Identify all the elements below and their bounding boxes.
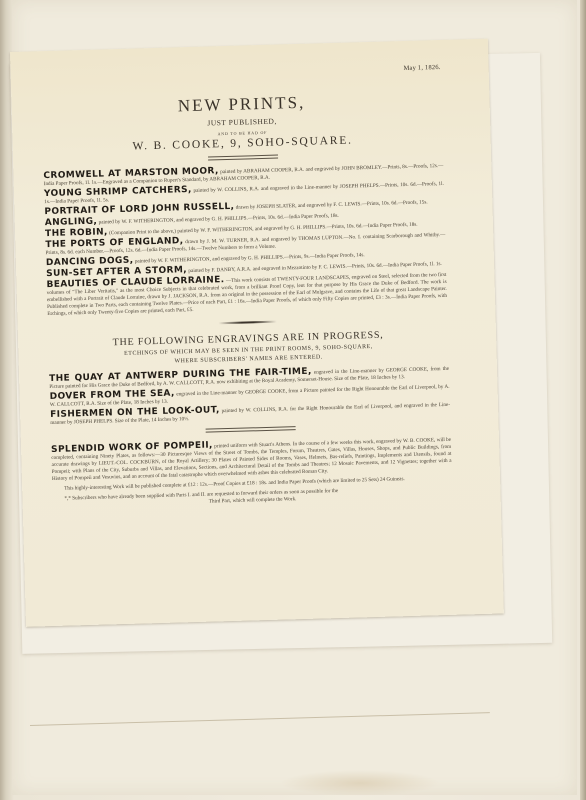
double-rule-divider	[208, 155, 278, 161]
published-prints-list: CROMWELL AT MARSTON MOOR, painted by ABR…	[43, 162, 447, 318]
print-description: drawn by JOSEPH SLATER, and engraved by …	[236, 199, 428, 210]
printed-broadside: May 1, 1826. NEW PRINTS, JUST PUBLISHED,…	[10, 39, 504, 627]
print-entry: BEAUTIES OF CLAUDE LORRAINE. —This work …	[46, 271, 447, 318]
paper-stain	[280, 770, 440, 796]
single-rule-divider	[206, 426, 296, 433]
ornamental-divider	[219, 321, 277, 325]
scanned-page: May 1, 1826. NEW PRINTS, JUST PUBLISHED,…	[0, 0, 586, 800]
print-title: THE ROBIN,	[45, 227, 108, 239]
publication-date: May 1, 1826.	[41, 64, 441, 82]
broadside-content: May 1, 1826. NEW PRINTS, JUST PUBLISHED,…	[41, 64, 453, 509]
print-title: ANGLING,	[45, 217, 98, 228]
progress-engravings-list: THE QUAY AT ANTWERP DURING THE FAIR-TIME…	[49, 365, 450, 427]
